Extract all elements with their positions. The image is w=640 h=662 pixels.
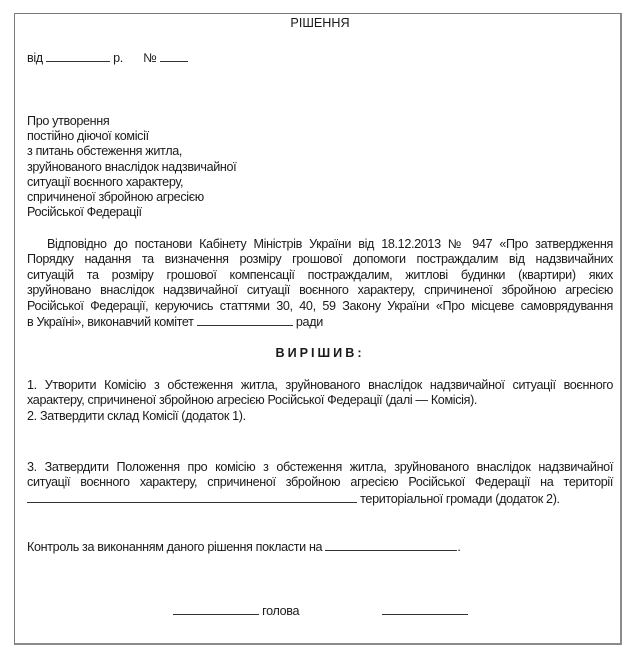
- subject-line: зруйнованого внаслідок надзвичайної: [27, 160, 236, 175]
- control-clause: Контроль за виконанням даного рішення по…: [27, 539, 461, 555]
- decision-items-1-2: 1. Утворити Комісію з обстеження житла, …: [27, 378, 613, 424]
- preamble-line-text: в Україні», виконавчий комітет: [27, 315, 194, 329]
- subject-line: постійно діючої комісії: [27, 129, 236, 144]
- control-text: Контроль за виконанням даного рішення по…: [27, 540, 322, 554]
- date-suffix: р.: [113, 51, 123, 65]
- item-1-line: 1. Утворити Комісію з обстеження житла, …: [27, 378, 613, 393]
- control-responsible-blank[interactable]: [325, 539, 457, 551]
- preamble-paragraph: Відповідно до постанови Кабінету Міністр…: [27, 237, 613, 329]
- item-3-tail: територіальної громади (додаток 2).: [360, 492, 560, 506]
- preamble-line: Відповідно до постанови Кабінету Міністр…: [27, 237, 613, 252]
- item-1-line: характеру, спричиненої збройною агресією…: [27, 393, 613, 408]
- date-blank[interactable]: [46, 50, 110, 62]
- item-2: 2. Затвердити склад Комісії (додаток 1).: [27, 409, 613, 424]
- preamble-line: Порядку надання та визначення розміру гр…: [27, 252, 613, 267]
- number-blank[interactable]: [160, 50, 188, 62]
- date-number-line: від р. №: [27, 50, 188, 66]
- preamble-tail: ради: [296, 315, 323, 329]
- subject-line: з питань обстеження житла,: [27, 144, 236, 159]
- signature-name: [382, 603, 468, 619]
- subject-block: Про утворення постійно діючої комісії з …: [27, 114, 236, 220]
- preamble-line: зруйновано внаслідок надзвичайної ситуац…: [27, 283, 613, 298]
- preamble-line: Російської Федерації, керуючись статтями…: [27, 299, 613, 314]
- decided-heading: ВИРІШИВ:: [0, 346, 640, 361]
- community-name-blank[interactable]: [27, 491, 357, 503]
- council-name-blank[interactable]: [197, 314, 293, 326]
- date-prefix: від: [27, 51, 43, 65]
- item-3-last-line: територіальної громади (додаток 2).: [27, 491, 613, 506]
- signature-role: голова: [262, 604, 299, 618]
- decision-item-3: 3. Затвердити Положення про комісію з об…: [27, 460, 613, 506]
- control-tail: .: [457, 540, 460, 554]
- item-3-line: ситуації воєнного характеру, спричиненої…: [27, 475, 613, 490]
- item-3-line: 3. Затвердити Положення про комісію з об…: [27, 460, 613, 475]
- subject-line: спричиненої збройною агресією: [27, 190, 236, 205]
- subject-line: Російської Федерації: [27, 205, 236, 220]
- subject-line: Про утворення: [27, 114, 236, 129]
- signature-head: голова: [173, 603, 299, 619]
- document-title: РІШЕННЯ: [0, 16, 640, 31]
- signature-blank[interactable]: [173, 603, 259, 615]
- preamble-line: ситуацій та розміру грошової компенсації…: [27, 268, 613, 283]
- name-blank[interactable]: [382, 603, 468, 615]
- subject-line: ситуації воєнного характеру,: [27, 175, 236, 190]
- number-prefix: №: [143, 51, 156, 65]
- preamble-last-line: в Україні», виконавчий комітет ради: [27, 314, 613, 329]
